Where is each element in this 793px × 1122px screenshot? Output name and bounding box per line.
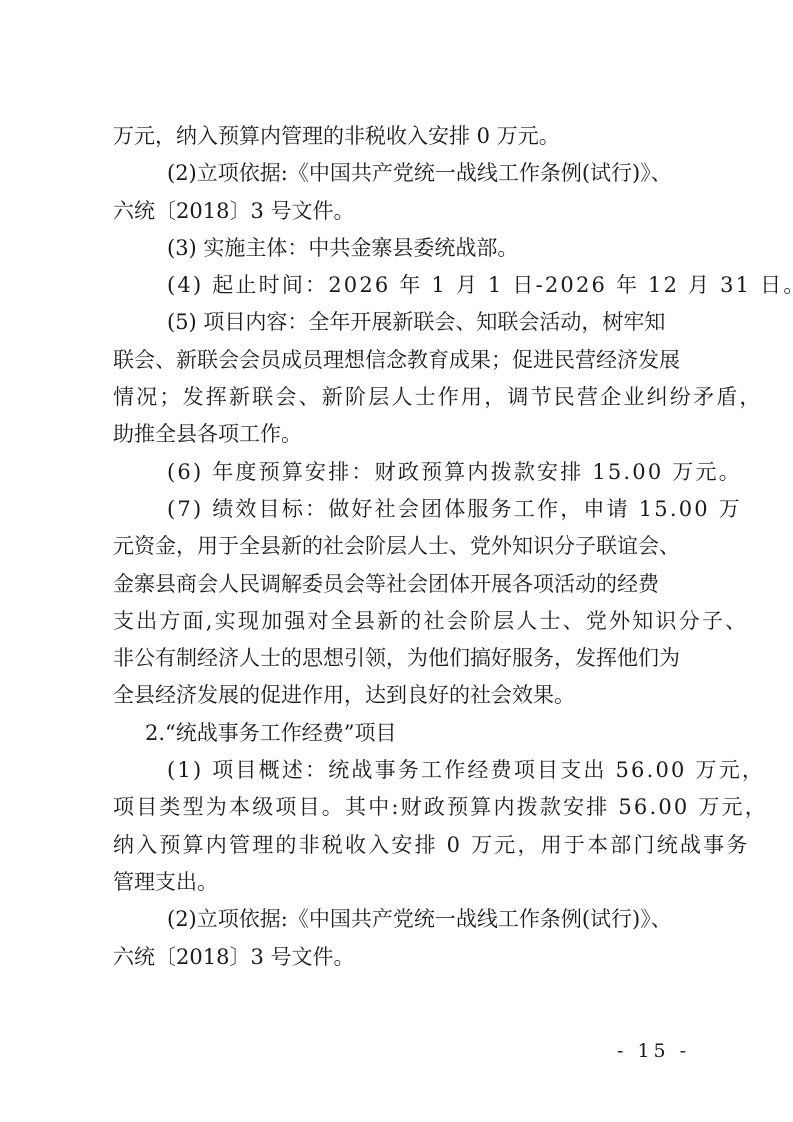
text-line: (6) 年度预算安排：财政预算内拨款安排 15.00 万元。 bbox=[113, 454, 685, 491]
text-line: (2)立项依据:《中国共产党统一战线工作条例(试行)》、 bbox=[113, 155, 685, 192]
text-line: 支出方面,实现加强对全县新的社会阶层人士、党外知识分子、 bbox=[113, 603, 685, 640]
text-line: (2)立项依据:《中国共产党统一战线工作条例(试行)》、 bbox=[113, 901, 685, 938]
section-heading: 2.“统战事务工作经费”项目 bbox=[113, 715, 685, 752]
text-line: 纳入预算内管理的非税收入安排 0 万元，用于本部门统战事务 bbox=[113, 827, 685, 864]
text-line: 金寨县商会人民调解委员会等社会团体开展各项活动的经费 bbox=[113, 566, 685, 603]
text-line: (3) 实施主体：中共金寨县委统战部。 bbox=[113, 230, 685, 267]
text-line: (1) 项目概述：统战事务工作经费项目支出 56.00 万元， bbox=[113, 752, 685, 789]
text-line: (4) 起止时间：2026 年 1 月 1 日-2026 年 12 月 31 日… bbox=[113, 267, 685, 304]
text-line: 项目类型为本级项目。其中:财政预算内拨款安排 56.00 万元， bbox=[113, 789, 685, 826]
text-line: 联会、新联会会员成员理想信念教育成果；促进民营经济发展 bbox=[113, 342, 685, 379]
document-body: 万元，纳入预算内管理的非税收入安排 0 万元。 (2)立项依据:《中国共产党统一… bbox=[113, 118, 685, 976]
text-line: (7) 绩效目标：做好社会团体服务工作，申请 15.00 万 bbox=[113, 491, 685, 528]
text-line: 助推全县各项工作。 bbox=[113, 416, 685, 453]
page-number: - 15 - bbox=[617, 1040, 690, 1062]
text-line: 全县经济发展的促进作用，达到良好的社会效果。 bbox=[113, 677, 685, 714]
text-line: 万元，纳入预算内管理的非税收入安排 0 万元。 bbox=[113, 118, 685, 155]
text-line: 六统〔2018〕3 号文件。 bbox=[113, 193, 685, 230]
text-line: 六统〔2018〕3 号文件。 bbox=[113, 939, 685, 976]
text-line: 情况；发挥新联会、新阶层人士作用，调节民营企业纠纷矛盾， bbox=[113, 379, 685, 416]
text-line: 元资金，用于全县新的社会阶层人士、党外知识分子联谊会、 bbox=[113, 528, 685, 565]
text-line: 非公有制经济人士的思想引领，为他们搞好服务，发挥他们为 bbox=[113, 640, 685, 677]
text-line: 管理支出。 bbox=[113, 864, 685, 901]
text-line: (5) 项目内容：全年开展新联会、知联会活动，树牢知 bbox=[113, 304, 685, 341]
